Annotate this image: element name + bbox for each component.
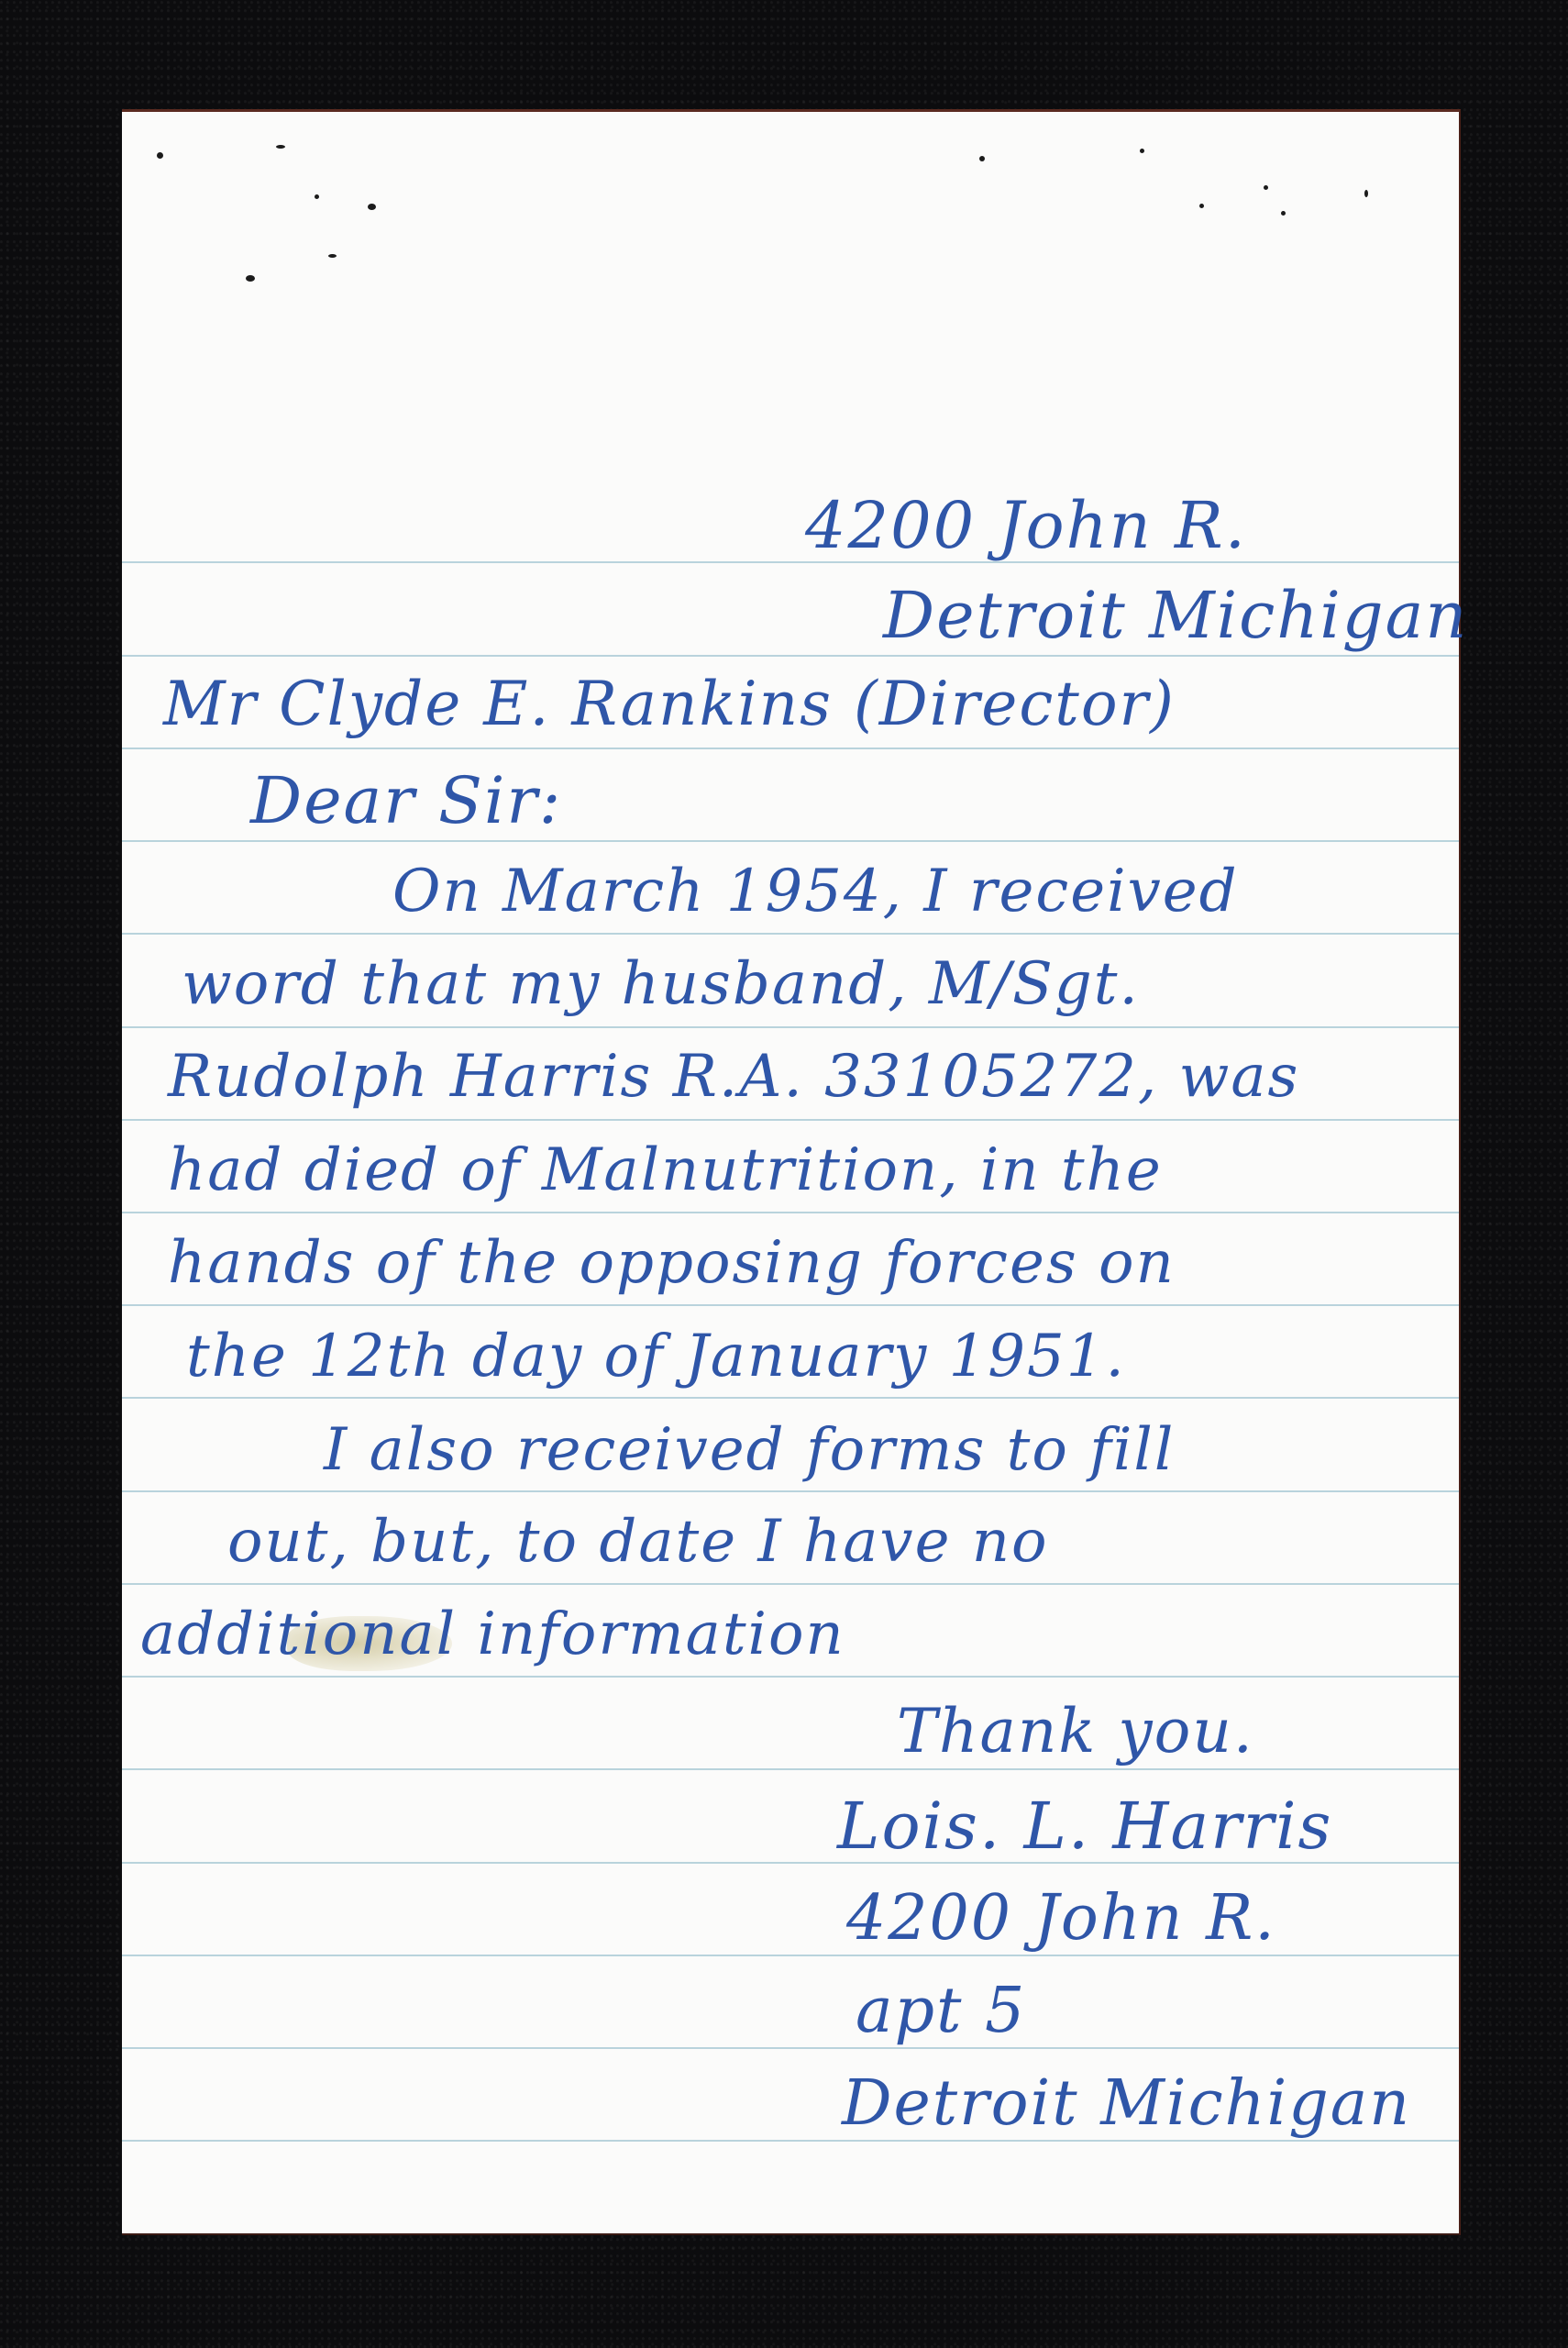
return-street: 4200 John R. [846, 1882, 1276, 1955]
body-line: I also received forms to fill [324, 1416, 1175, 1484]
body-line: hands of the opposing forces on [168, 1229, 1176, 1297]
closing: Thank you. [897, 1696, 1254, 1767]
ink-speck [1264, 185, 1268, 190]
ruled-line [122, 1397, 1459, 1399]
ink-speck [368, 204, 376, 210]
return-apt: apt 5 [856, 1975, 1026, 2047]
body-line: had died of Malnutrition, in the [168, 1136, 1163, 1204]
body-line: additional information [140, 1600, 845, 1668]
ink-speck [1364, 190, 1368, 197]
ink-speck [276, 145, 285, 149]
ruled-line [122, 2047, 1459, 2049]
ruled-line [122, 933, 1459, 935]
ink-speck [1281, 211, 1286, 216]
ruled-line [122, 655, 1459, 657]
ruled-line [122, 1304, 1459, 1306]
ruled-line [122, 561, 1459, 563]
ruled-line [122, 1119, 1459, 1121]
body-line: the 12th day of January 1951. [186, 1323, 1126, 1390]
ruled-line [122, 840, 1459, 842]
ruled-line [122, 1583, 1459, 1585]
ruled-line [122, 1768, 1459, 1770]
sender-city: Detroit Michigan [883, 578, 1468, 653]
ink-speck [246, 275, 255, 282]
ruled-line [122, 1212, 1459, 1213]
ruled-line [122, 1490, 1459, 1492]
body-line: Rudolph Harris R.A. 33105272, was [168, 1043, 1299, 1111]
ruled-line [122, 1955, 1459, 1956]
ruled-line [122, 1676, 1459, 1678]
ruled-line [122, 748, 1459, 749]
ink-speck [1140, 149, 1144, 153]
ink-speck [979, 156, 985, 161]
return-city: Detroit Michigan [842, 2067, 1411, 2140]
ruled-line [122, 2140, 1459, 2142]
signature: Lois. L. Harris [837, 1789, 1332, 1864]
body-line: word that my husband, M/Sgt. [182, 950, 1140, 1018]
ink-speck [328, 254, 337, 258]
ink-speck [315, 194, 319, 199]
recipient: Mr Clyde E. Rankins (Director) [163, 669, 1176, 739]
ruled-line [122, 1026, 1459, 1028]
salutation: Dear Sir: [250, 763, 562, 838]
body-line: out, but, to date I have no [227, 1508, 1049, 1576]
ink-speck [1199, 204, 1204, 208]
sender-street: 4200 John R. [805, 488, 1247, 563]
letter-paper: 4200 John R. Detroit Michigan Mr Clyde E… [122, 109, 1461, 2235]
ink-speck [157, 152, 163, 159]
body-line: On March 1954, I received [392, 858, 1239, 925]
